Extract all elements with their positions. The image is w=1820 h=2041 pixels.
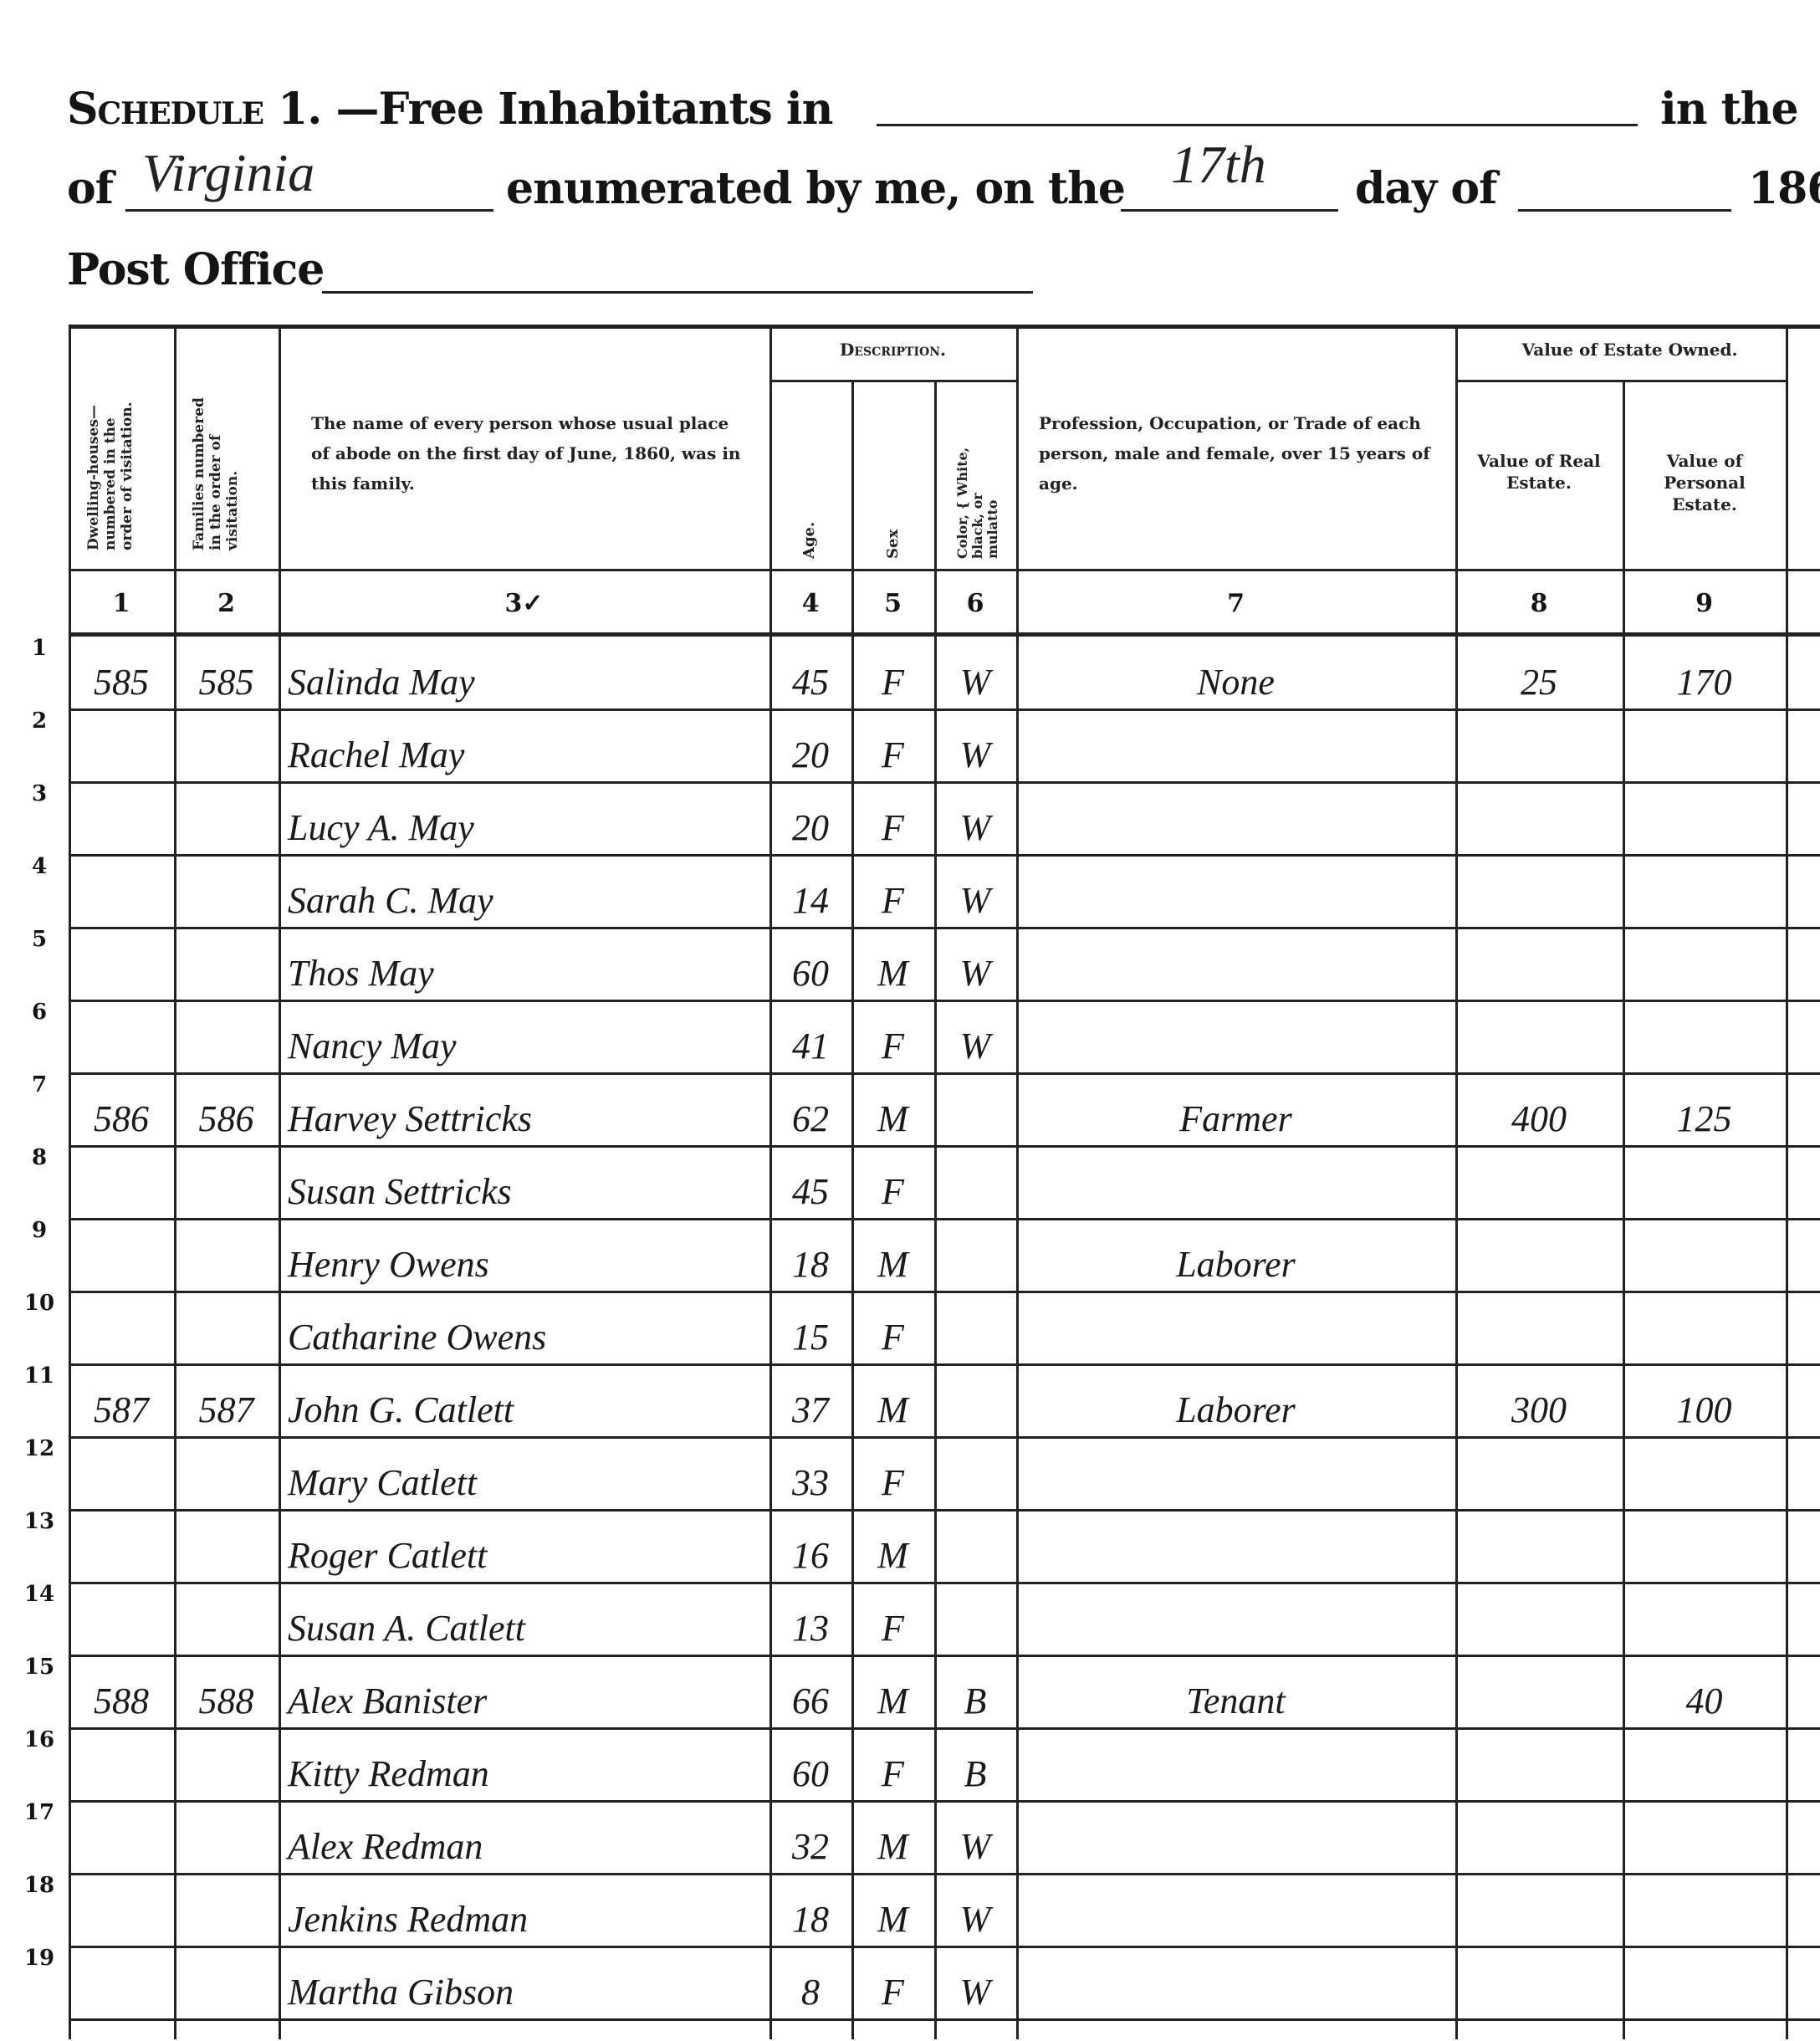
- name-value: Alex Banister: [288, 1680, 487, 1722]
- cell-real-estate: [1455, 1808, 1623, 1873]
- col-number-8: 8: [1455, 574, 1623, 632]
- cell-color: W: [934, 862, 1016, 927]
- age-value: 8: [801, 1971, 820, 2013]
- cell-occupation: [1016, 1517, 1455, 1582]
- cell-name: Susan A. Catlett: [288, 1589, 769, 1655]
- occupation-value: Laborer: [1176, 1389, 1296, 1431]
- row-rule: [69, 1582, 1820, 1584]
- cell-dwelling: 585: [69, 643, 174, 708]
- sex-value: F: [882, 1316, 904, 1358]
- cell-family: [174, 1153, 279, 1218]
- cell-color: W: [934, 934, 1016, 1000]
- col-number-4: 4: [769, 574, 851, 632]
- occupation-value: None: [1197, 661, 1275, 703]
- cell-real-estate: 25: [1455, 643, 1623, 708]
- name-value: Mary Catlett: [288, 1461, 477, 1504]
- name-value: Susan Settricks: [288, 1170, 512, 1213]
- cell-occupation: [1016, 1007, 1455, 1072]
- row-rule: [69, 781, 1820, 784]
- header-occupation: Profession, Occupation, or Trade of each…: [1039, 408, 1440, 499]
- state-value: Virginia: [142, 142, 314, 204]
- cell-sex: M: [851, 934, 934, 1000]
- line-number: 12: [18, 1436, 60, 1461]
- cell-family: 587: [174, 1371, 279, 1436]
- cell-name: Kitty Redman: [288, 1735, 769, 1800]
- cell-real-estate: [1455, 1007, 1623, 1072]
- row-rule: [69, 927, 1820, 929]
- sex-value: F: [882, 1461, 904, 1504]
- cell-color: [934, 1517, 1016, 1582]
- row-rule: [69, 1145, 1820, 1148]
- cell-personal-estate: [1623, 934, 1786, 1000]
- age-value: 33: [792, 1461, 829, 1504]
- state-blank[interactable]: [125, 209, 493, 212]
- cell-real-estate: [1455, 1735, 1623, 1800]
- age-value: 16: [792, 1534, 829, 1577]
- cell-occupation: [1016, 716, 1455, 781]
- age-value: 66: [792, 1680, 829, 1722]
- cell-dwelling: 588: [69, 1662, 174, 1727]
- cell-sex: M: [851, 1880, 934, 1946]
- age-value: 14: [792, 879, 829, 922]
- family-value: 588: [199, 1680, 254, 1722]
- cell-name: Thos May: [288, 934, 769, 1000]
- cell-name: Henry Owens: [288, 1225, 769, 1291]
- cell-occupation: [1016, 1808, 1455, 1873]
- col-number-2: 2: [174, 574, 279, 632]
- cell-color: W: [934, 1808, 1016, 1873]
- of-label: of: [67, 163, 113, 214]
- line-number: 2: [18, 708, 60, 734]
- cell-sex: F: [851, 1589, 934, 1655]
- age-value: 45: [792, 1170, 829, 1213]
- cell-occupation: [1016, 1444, 1455, 1509]
- header-dwelling: Dwelling-houses— numbered in the order o…: [85, 402, 135, 550]
- real-estate-value: 300: [1511, 1389, 1567, 1431]
- color-value: W: [960, 1971, 991, 2013]
- color-value: W: [960, 734, 991, 776]
- header-bottom-rule: [69, 569, 1820, 571]
- cell-family: [174, 862, 279, 927]
- day-value: 17th: [1171, 134, 1266, 196]
- occupation-value: Farmer: [1179, 1097, 1291, 1140]
- line-number: 1: [18, 636, 60, 661]
- personal-estate-value: 100: [1677, 1389, 1732, 1431]
- cell-color: W: [934, 789, 1016, 854]
- color-value: W: [960, 806, 991, 849]
- line-number: 19: [18, 1946, 60, 1971]
- cell-age: 8: [769, 1953, 851, 2018]
- cell-dwelling: 587: [69, 1371, 174, 1436]
- sex-value: F: [882, 1025, 904, 1067]
- cell-dwelling: [69, 934, 174, 1000]
- line-number: 11: [18, 1363, 60, 1389]
- cell-personal-estate: 40: [1623, 1662, 1786, 1727]
- month-blank[interactable]: [1518, 209, 1731, 212]
- sex-value: M: [877, 1097, 908, 1140]
- post-office-label: Post Office: [67, 244, 324, 295]
- age-value: 13: [792, 1607, 829, 1650]
- cell-real-estate: 400: [1455, 1080, 1623, 1145]
- age-value: 41: [792, 1025, 829, 1067]
- cell-personal-estate: [1623, 1007, 1786, 1072]
- row-rule: [69, 1655, 1820, 1657]
- cell-dwelling: [69, 1444, 174, 1509]
- family-value: 586: [199, 1097, 254, 1140]
- line-number: 7: [18, 1072, 60, 1097]
- year-prefix: 186: [1748, 163, 1820, 214]
- cell-sex: F: [851, 716, 934, 781]
- cell-sex: F: [851, 1153, 934, 1218]
- sex-value: F: [882, 879, 904, 922]
- cell-personal-estate: [1623, 1808, 1786, 1873]
- cell-age: 33: [769, 1444, 851, 1509]
- cell-real-estate: [1455, 1880, 1623, 1946]
- cell-sex: F: [851, 1953, 934, 2018]
- cell-occupation: [1016, 789, 1455, 854]
- cell-age: 16: [769, 1517, 851, 1582]
- row-rule: [69, 854, 1820, 857]
- cell-occupation: [1016, 1953, 1455, 2018]
- day-of-label: day of: [1355, 163, 1496, 214]
- row-rule: [69, 1218, 1820, 1220]
- day-blank[interactable]: [1121, 209, 1338, 212]
- township-blank[interactable]: [877, 124, 1638, 126]
- col-border: [1786, 325, 1788, 2039]
- cell-family: [174, 1808, 279, 1873]
- post-office-blank[interactable]: [322, 291, 1033, 294]
- cell-family: 586: [174, 1080, 279, 1145]
- cell-age: 41: [769, 1007, 851, 1072]
- header-color: Color, { White, black, or mulatto: [955, 448, 1000, 559]
- age-value: 20: [792, 806, 829, 849]
- sex-value: F: [882, 1752, 904, 1795]
- cell-occupation: Laborer: [1016, 1225, 1455, 1291]
- cell-dwelling: [69, 1589, 174, 1655]
- name-value: Thos May: [288, 952, 434, 995]
- cell-occupation: [1016, 934, 1455, 1000]
- color-value: B: [964, 1680, 987, 1722]
- cell-age: 14: [769, 862, 851, 927]
- col-number-3: 3✓: [279, 574, 769, 632]
- name-value: Roger Catlett: [288, 1534, 487, 1577]
- schedule-title-text: —Free Inhabitants in: [336, 84, 833, 135]
- cell-color: W: [934, 1880, 1016, 1946]
- cell-occupation: [1016, 862, 1455, 927]
- cell-family: [174, 934, 279, 1000]
- row-rule: [69, 1436, 1820, 1439]
- cell-real-estate: [1455, 1153, 1623, 1218]
- line-number: 4: [18, 854, 60, 879]
- cell-dwelling: [69, 1880, 174, 1946]
- sex-value: M: [877, 1534, 908, 1577]
- cell-color: W: [934, 1007, 1016, 1072]
- row-rule: [69, 1000, 1820, 1002]
- header-real-estate: Value of Real Estate.: [1464, 450, 1614, 494]
- cell-family: [174, 789, 279, 854]
- color-value: W: [960, 661, 991, 703]
- schedule-title: Schedule 1. —Free Inhabitants in: [67, 84, 832, 135]
- in-the-label: in the: [1660, 84, 1798, 135]
- real-estate-value: 400: [1511, 1097, 1567, 1140]
- sex-value: F: [882, 734, 904, 776]
- cell-personal-estate: [1623, 1153, 1786, 1218]
- cell-color: W: [934, 716, 1016, 781]
- cell-dwelling: [69, 1808, 174, 1873]
- table-top-border: [69, 325, 1820, 329]
- cell-age: 32: [769, 1808, 851, 1873]
- age-value: 15: [792, 1316, 829, 1358]
- cell-age: 45: [769, 643, 851, 708]
- col-number-6: 6: [934, 574, 1016, 632]
- header-personal-estate: Value of Personal Estate.: [1629, 450, 1780, 515]
- cell-personal-estate: [1623, 1517, 1786, 1582]
- cell-age: 15: [769, 1298, 851, 1363]
- cell-name: Alex Redman: [288, 1808, 769, 1873]
- cell-color: B: [934, 1662, 1016, 1727]
- age-value: 60: [792, 952, 829, 995]
- cell-color: W: [934, 1953, 1016, 2018]
- cell-name: Mary Catlett: [288, 1444, 769, 1509]
- cell-occupation: Laborer: [1016, 1371, 1455, 1436]
- cell-sex: F: [851, 1007, 934, 1072]
- color-value: W: [960, 1898, 991, 1941]
- cell-sex: M: [851, 1225, 934, 1291]
- cell-real-estate: [1455, 1953, 1623, 2018]
- sex-value: M: [877, 1680, 908, 1722]
- age-value: 18: [792, 1243, 829, 1286]
- color-value: W: [960, 952, 991, 995]
- cell-name: Sarah C. May: [288, 862, 769, 927]
- name-value: Jenkins Redman: [288, 1898, 528, 1941]
- cell-age: 18: [769, 1880, 851, 1946]
- cell-personal-estate: 170: [1623, 643, 1786, 708]
- row-rule: [69, 1873, 1820, 1875]
- cell-real-estate: 300: [1455, 1371, 1623, 1436]
- cell-color: [934, 1444, 1016, 1509]
- sex-value: M: [877, 1243, 908, 1286]
- name-value: Harvey Settricks: [288, 1097, 532, 1140]
- cell-dwelling: [69, 716, 174, 781]
- age-value: 45: [792, 661, 829, 703]
- sex-value: F: [882, 1971, 904, 2013]
- name-value: Kitty Redman: [288, 1752, 489, 1795]
- cell-age: 37: [769, 1371, 851, 1436]
- line-number: 14: [18, 1582, 60, 1607]
- cell-sex: F: [851, 643, 934, 708]
- cell-personal-estate: 125: [1623, 1080, 1786, 1145]
- cell-sex: M: [851, 1517, 934, 1582]
- age-value: 20: [792, 734, 829, 776]
- cell-real-estate: [1455, 1589, 1623, 1655]
- cell-dwelling: [69, 1953, 174, 2018]
- age-value: 37: [792, 1389, 829, 1431]
- line-number: 6: [18, 1000, 60, 1025]
- header-description-group: Description.: [769, 340, 1016, 360]
- header-family: Families numbered in the order of visita…: [191, 397, 241, 550]
- name-value: Alex Redman: [288, 1825, 483, 1868]
- color-value: W: [960, 1025, 991, 1067]
- cell-family: 588: [174, 1662, 279, 1727]
- cell-family: [174, 716, 279, 781]
- cell-name: Rachel May: [288, 716, 769, 781]
- cell-personal-estate: [1623, 862, 1786, 927]
- cell-personal-estate: [1623, 1589, 1786, 1655]
- color-value: W: [960, 1825, 991, 1868]
- cell-real-estate: [1455, 789, 1623, 854]
- cell-sex: F: [851, 1444, 934, 1509]
- estate-group-rule: [1455, 380, 1786, 382]
- line-number: 8: [18, 1145, 60, 1170]
- cell-color: [934, 1371, 1016, 1436]
- description-group-rule: [769, 380, 1016, 382]
- sex-value: F: [882, 661, 904, 703]
- dwelling-value: 585: [94, 661, 149, 703]
- col-number-7: 7: [1016, 574, 1455, 632]
- name-value: Lucy A. May: [288, 806, 474, 849]
- cell-name: Nancy May: [288, 1007, 769, 1072]
- cell-occupation: None: [1016, 643, 1455, 708]
- cell-dwelling: [69, 1153, 174, 1218]
- cell-real-estate: [1455, 1225, 1623, 1291]
- row-rule: [69, 1800, 1820, 1803]
- sex-value: F: [882, 1607, 904, 1650]
- cell-name: Catharine Owens: [288, 1298, 769, 1363]
- cell-sex: F: [851, 862, 934, 927]
- cell-real-estate: [1455, 1517, 1623, 1582]
- family-value: 587: [199, 1389, 254, 1431]
- cell-name: Jenkins Redman: [288, 1880, 769, 1946]
- line-number: 15: [18, 1655, 60, 1680]
- personal-estate-value: 40: [1686, 1680, 1723, 1722]
- occupation-value: Laborer: [1176, 1243, 1296, 1286]
- number-row-rule: [69, 632, 1820, 637]
- sex-value: M: [877, 1825, 908, 1868]
- cell-family: [174, 1735, 279, 1800]
- dwelling-value: 588: [94, 1680, 149, 1722]
- cell-name: Harvey Settricks: [288, 1080, 769, 1145]
- cell-sex: M: [851, 1808, 934, 1873]
- cell-personal-estate: [1623, 1444, 1786, 1509]
- cell-real-estate: [1455, 862, 1623, 927]
- cell-dwelling: 586: [69, 1080, 174, 1145]
- cell-name: John G. Catlett: [288, 1371, 769, 1436]
- census-table: Dwelling-houses— numbered in the order o…: [69, 325, 1820, 2039]
- row-rule: [69, 1363, 1820, 1366]
- name-value: Susan A. Catlett: [288, 1607, 525, 1650]
- cell-dwelling: [69, 1225, 174, 1291]
- col-number-5: 5: [851, 574, 934, 632]
- row-rule: [69, 1727, 1820, 1730]
- cell-family: [174, 1589, 279, 1655]
- cell-color: [934, 1225, 1016, 1291]
- name-value: Nancy May: [288, 1025, 457, 1067]
- cell-occupation: [1016, 1735, 1455, 1800]
- cell-occupation: [1016, 1153, 1455, 1218]
- sex-value: F: [882, 806, 904, 849]
- sex-value: M: [877, 1898, 908, 1941]
- cell-color: W: [934, 643, 1016, 708]
- name-value: Martha Gibson: [288, 1971, 514, 2013]
- cell-dwelling: [69, 1298, 174, 1363]
- age-value: 18: [792, 1898, 829, 1941]
- cell-sex: F: [851, 1735, 934, 1800]
- cell-dwelling: [69, 862, 174, 927]
- col-number-9: 9: [1623, 574, 1786, 632]
- cell-name: Roger Catlett: [288, 1517, 769, 1582]
- cell-age: 18: [769, 1225, 851, 1291]
- cell-age: 60: [769, 934, 851, 1000]
- cell-sex: F: [851, 789, 934, 854]
- cell-age: 66: [769, 1662, 851, 1727]
- cell-dwelling: [69, 1517, 174, 1582]
- family-value: 585: [199, 661, 254, 703]
- row-rule: [69, 708, 1820, 711]
- cell-color: [934, 1153, 1016, 1218]
- cell-family: [174, 1298, 279, 1363]
- line-number: 9: [18, 1218, 60, 1243]
- name-value: Salinda May: [288, 661, 475, 703]
- name-value: John G. Catlett: [288, 1389, 514, 1431]
- name-value: Sarah C. May: [288, 879, 493, 922]
- cell-occupation: Farmer: [1016, 1080, 1455, 1145]
- real-estate-value: 25: [1521, 661, 1557, 703]
- sex-value: M: [877, 952, 908, 995]
- cell-occupation: [1016, 1880, 1455, 1946]
- cell-dwelling: [69, 1735, 174, 1800]
- cell-occupation: [1016, 1589, 1455, 1655]
- cell-family: 585: [174, 643, 279, 708]
- line-number: 5: [18, 927, 60, 952]
- cell-family: [174, 1880, 279, 1946]
- row-rule: [69, 1072, 1820, 1075]
- cell-name: Susan Settricks: [288, 1153, 769, 1218]
- schedule-label: Schedule 1.: [67, 84, 321, 135]
- color-value: W: [960, 879, 991, 922]
- sex-value: M: [877, 1389, 908, 1431]
- cell-name: Lucy A. May: [288, 789, 769, 854]
- cell-age: 60: [769, 1735, 851, 1800]
- cell-real-estate: [1455, 934, 1623, 1000]
- line-number: 10: [18, 1291, 60, 1316]
- cell-age: 62: [769, 1080, 851, 1145]
- cell-personal-estate: 100: [1623, 1371, 1786, 1436]
- personal-estate-value: 170: [1677, 661, 1732, 703]
- cell-family: [174, 1225, 279, 1291]
- cell-age: 20: [769, 789, 851, 854]
- row-rule: [69, 1291, 1820, 1293]
- cell-name: Alex Banister: [288, 1662, 769, 1727]
- cell-color: [934, 1080, 1016, 1145]
- cell-age: 13: [769, 1589, 851, 1655]
- col-number-1: 1: [69, 574, 174, 632]
- cell-color: B: [934, 1735, 1016, 1800]
- cell-family: [174, 1953, 279, 2018]
- dwelling-value: 586: [94, 1097, 149, 1140]
- line-number: 13: [18, 1509, 60, 1534]
- cell-sex: M: [851, 1080, 934, 1145]
- cell-personal-estate: [1623, 1298, 1786, 1363]
- age-value: 62: [792, 1097, 829, 1140]
- cell-personal-estate: [1623, 1880, 1786, 1946]
- cell-dwelling: [69, 1007, 174, 1072]
- header-sex: Sex: [885, 529, 902, 559]
- cell-occupation: [1016, 1298, 1455, 1363]
- cell-real-estate: [1455, 1298, 1623, 1363]
- cell-real-estate: [1455, 716, 1623, 781]
- cell-sex: F: [851, 1298, 934, 1363]
- cell-occupation: Tenant: [1016, 1662, 1455, 1727]
